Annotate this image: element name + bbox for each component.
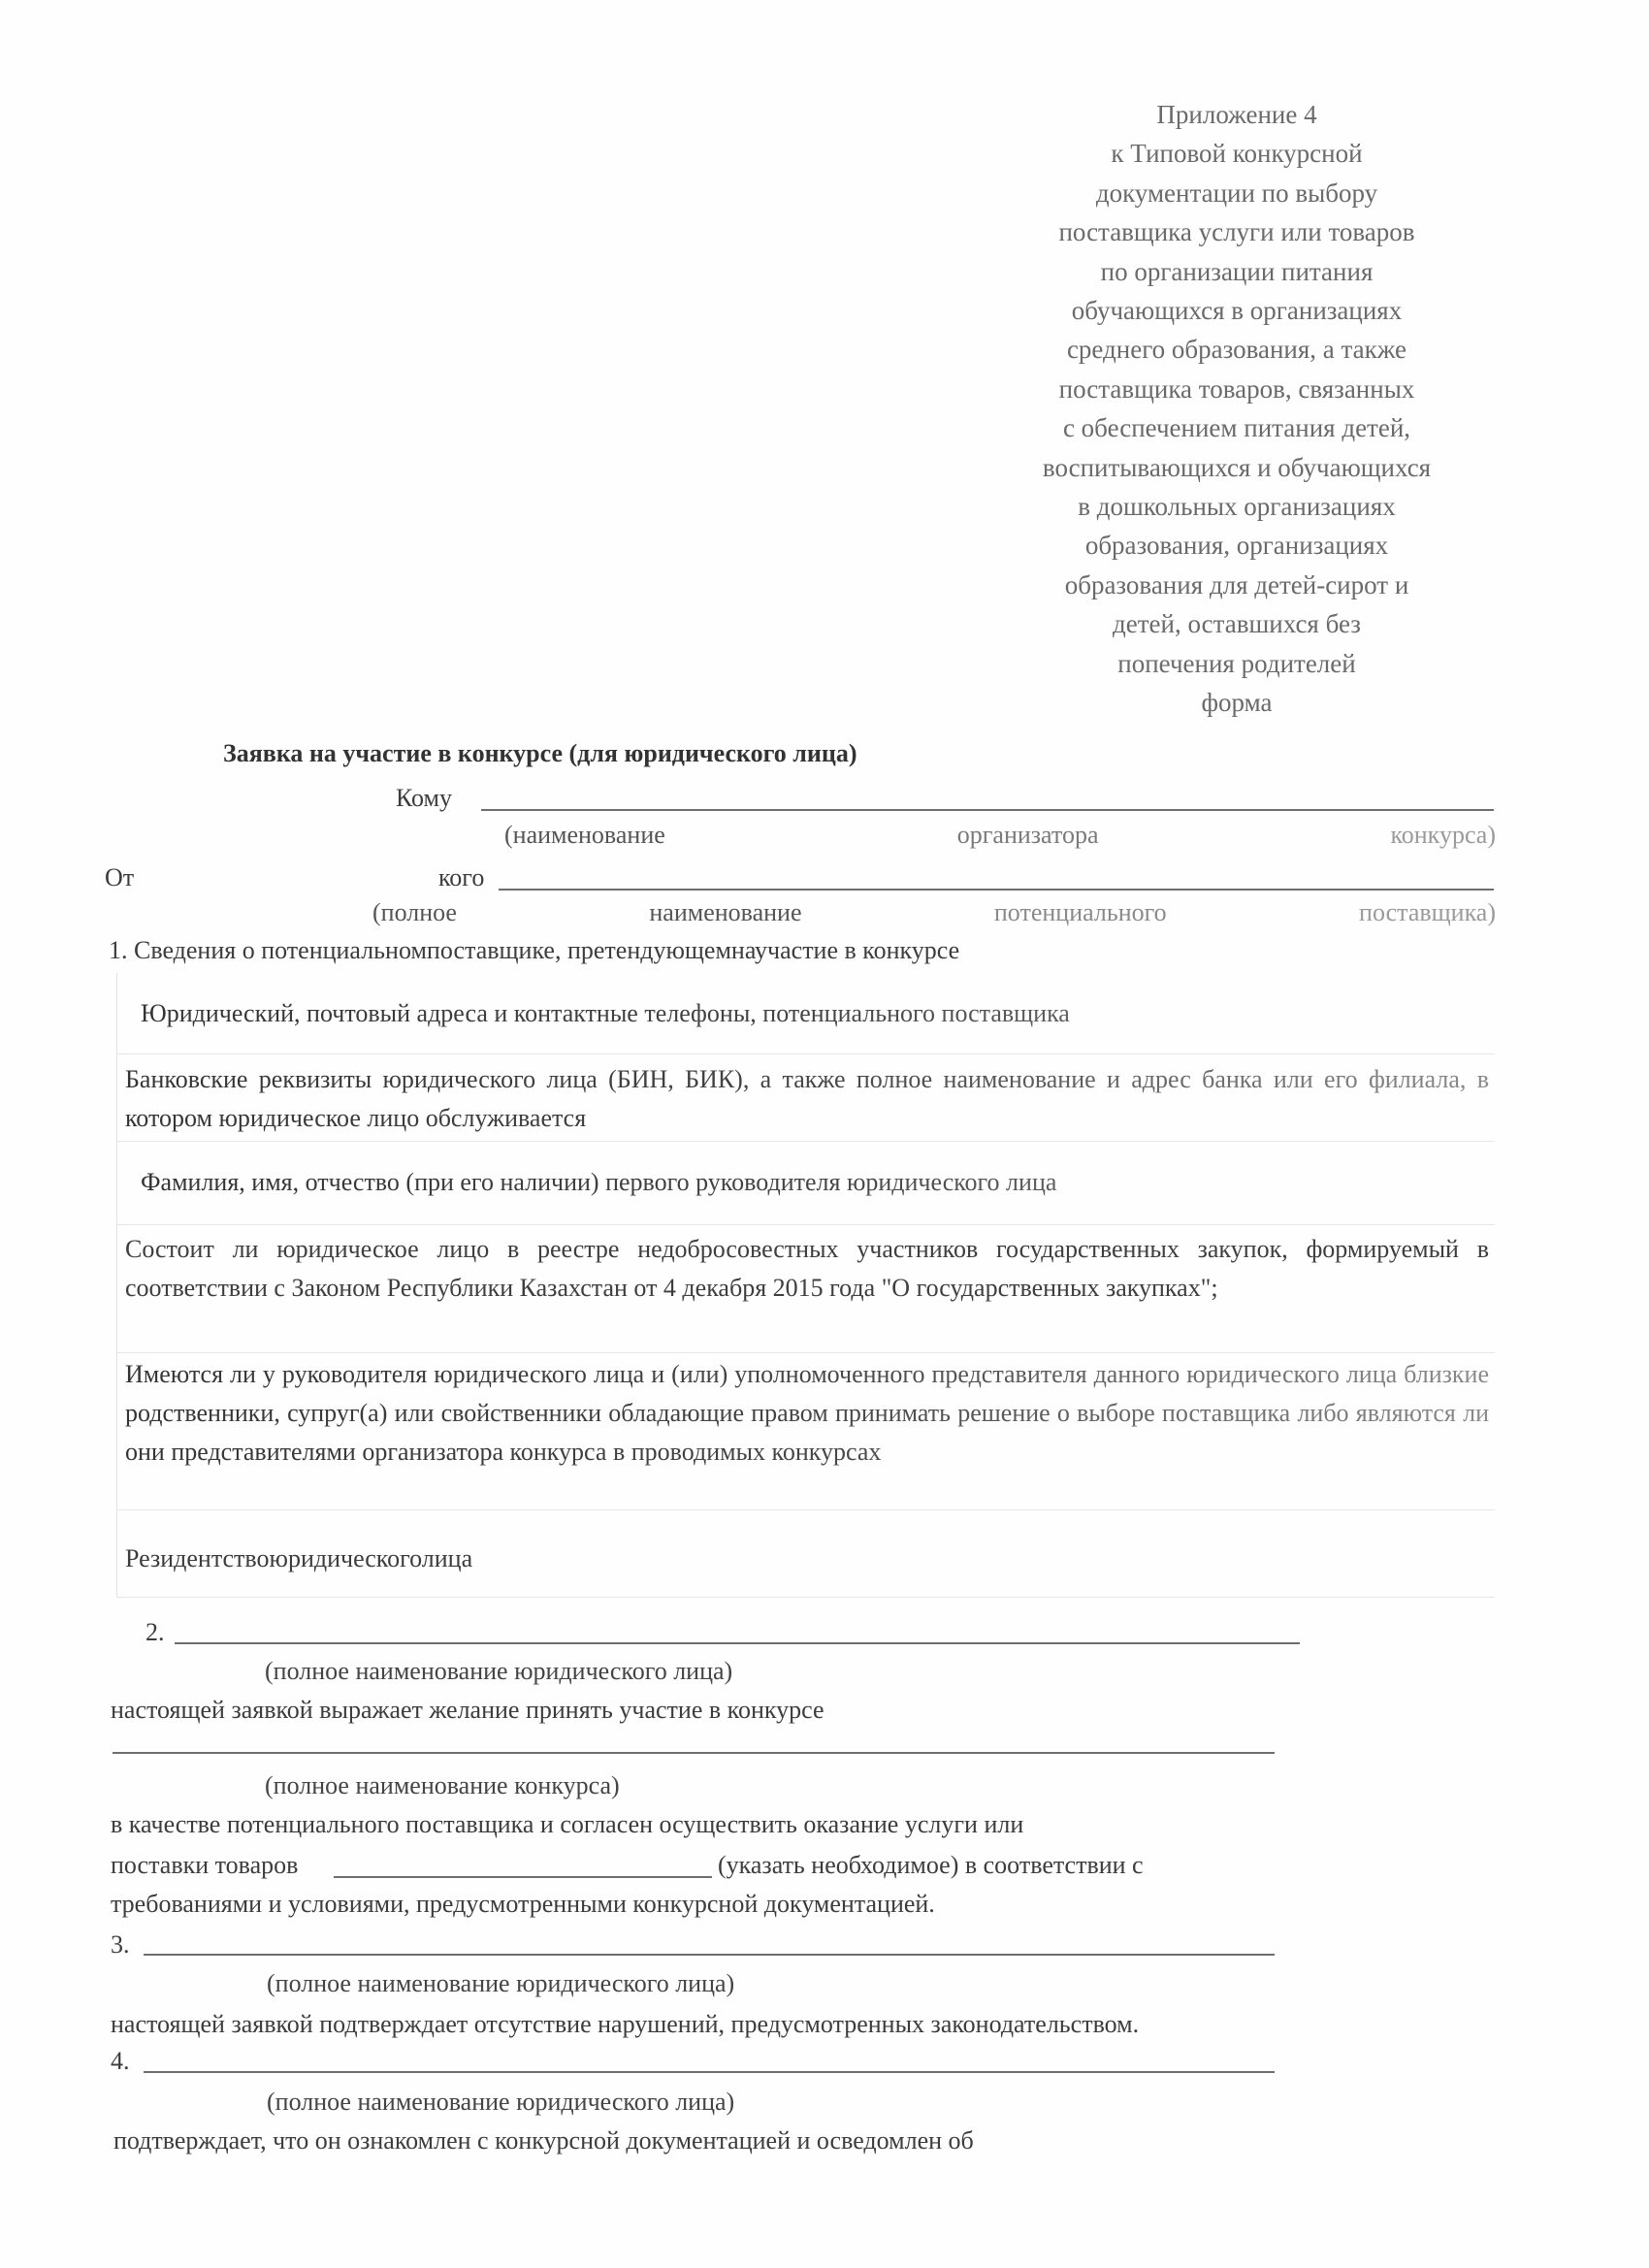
- form-label: форма: [970, 683, 1503, 722]
- appendix-line: по организации питания: [970, 252, 1503, 291]
- section2-goods-input-line[interactable]: [334, 1876, 712, 1878]
- from-label-part2: кого: [438, 863, 484, 892]
- appendix-line: воспитывающихся и обучающихся: [970, 448, 1503, 487]
- from-caption-word: наименование: [649, 898, 801, 927]
- section2-contest-input-line[interactable]: [113, 1752, 1275, 1754]
- appendix-line: образования для детей-сирот и: [970, 566, 1503, 604]
- section2-goods-prefix: поставки товаров: [111, 1851, 298, 1880]
- appendix-line: попечения родителей: [970, 644, 1503, 683]
- appendix-line: образования, организациях: [970, 526, 1503, 565]
- section2-entity-caption: (полное наименование юридического лица): [265, 1657, 732, 1686]
- supplier-info-table: Юридический, почтовый адреса и контактны…: [116, 973, 1495, 1598]
- row-label: Резидентствоюридическоголица: [125, 1539, 1489, 1578]
- from-label-part1: От: [105, 863, 134, 892]
- table-row[interactable]: Имеются ли у руководителя юридического л…: [117, 1353, 1495, 1510]
- section4-entity-input-line[interactable]: [144, 2071, 1275, 2073]
- appendix-line: документации по выбору: [970, 174, 1503, 212]
- to-caption-word: конкурса): [1390, 821, 1496, 850]
- from-caption-word: (полное: [372, 898, 457, 927]
- appendix-line: среднего образования, а также: [970, 330, 1503, 369]
- to-label: Кому: [396, 784, 452, 813]
- appendix-line: поставщика товаров, связанных: [970, 370, 1503, 408]
- row-label: Имеются ли у руководителя юридического л…: [125, 1355, 1489, 1472]
- section2-requirements-text: требованиями и условиями, предусмотренны…: [111, 1890, 935, 1919]
- section1-heading: 1. Сведения о потенциальномпоставщике, п…: [109, 936, 959, 965]
- row-label: Юридический, почтовый адреса и контактны…: [141, 994, 1489, 1033]
- to-caption: (наименование организатора конкурса): [504, 821, 1496, 850]
- appendix-header: Приложение 4 к Типовой конкурсной докуме…: [970, 95, 1503, 723]
- table-row[interactable]: Фамилия, имя, отчество (при его наличии)…: [117, 1142, 1495, 1225]
- from-caption-word: потенциального: [994, 898, 1167, 927]
- section3-entity-input-line[interactable]: [144, 1954, 1275, 1956]
- document-page: Приложение 4 к Типовой конкурсной докуме…: [0, 0, 1649, 2268]
- section2-entity-input-line[interactable]: [175, 1642, 1300, 1644]
- from-caption: (полное наименование потенциального пост…: [372, 898, 1496, 927]
- section4-number: 4.: [111, 2047, 130, 2076]
- section4-text: подтверждает, что он ознакомлен с конкур…: [113, 2126, 974, 2155]
- appendix-line: в дошкольных организациях: [970, 487, 1503, 526]
- appendix-line: с обеспечением питания детей,: [970, 408, 1503, 447]
- section2-wish-text: настоящей заявкой выражает желание приня…: [111, 1696, 824, 1725]
- document-title: Заявка на участие в конкурсе (для юридич…: [223, 739, 857, 768]
- to-caption-word: (наименование: [504, 821, 665, 850]
- section2-goods-suffix: (указать необходимое) в соответствии с: [718, 1851, 1144, 1880]
- appendix-line: обучающихся в организациях: [970, 291, 1503, 330]
- from-caption-word: поставщика): [1359, 898, 1496, 927]
- section3-text: настоящей заявкой подтверждает отсутстви…: [111, 2010, 1139, 2039]
- from-input-line[interactable]: [499, 889, 1494, 891]
- table-row[interactable]: Банковские реквизиты юридического лица (…: [117, 1054, 1495, 1142]
- section2-contest-caption: (полное наименование конкурса): [265, 1771, 620, 1800]
- section3-entity-caption: (полное наименование юридического лица): [267, 1969, 734, 1998]
- appendix-line: детей, оставшихся без: [970, 604, 1503, 643]
- to-caption-word: организатора: [957, 821, 1099, 850]
- appendix-line: поставщика услуги или товаров: [970, 212, 1503, 251]
- table-row[interactable]: Резидентствоюридическоголица: [117, 1510, 1495, 1598]
- table-row[interactable]: Юридический, почтовый адреса и контактны…: [117, 973, 1495, 1054]
- table-row[interactable]: Состоит ли юридическое лицо в реестре не…: [117, 1225, 1495, 1353]
- row-label: Банковские реквизиты юридического лица (…: [125, 1060, 1489, 1138]
- appendix-line: к Типовой конкурсной: [970, 134, 1503, 173]
- section4-entity-caption: (полное наименование юридического лица): [267, 2088, 734, 2117]
- row-label: Фамилия, имя, отчество (при его наличии)…: [141, 1163, 1489, 1202]
- section2-number: 2.: [145, 1618, 165, 1647]
- section2-agree-text: в качестве потенциального поставщика и с…: [111, 1810, 1023, 1839]
- appendix-line: Приложение 4: [970, 95, 1503, 134]
- to-input-line[interactable]: [481, 809, 1494, 811]
- section3-number: 3.: [111, 1930, 130, 1960]
- row-label: Состоит ли юридическое лицо в реестре не…: [125, 1230, 1489, 1308]
